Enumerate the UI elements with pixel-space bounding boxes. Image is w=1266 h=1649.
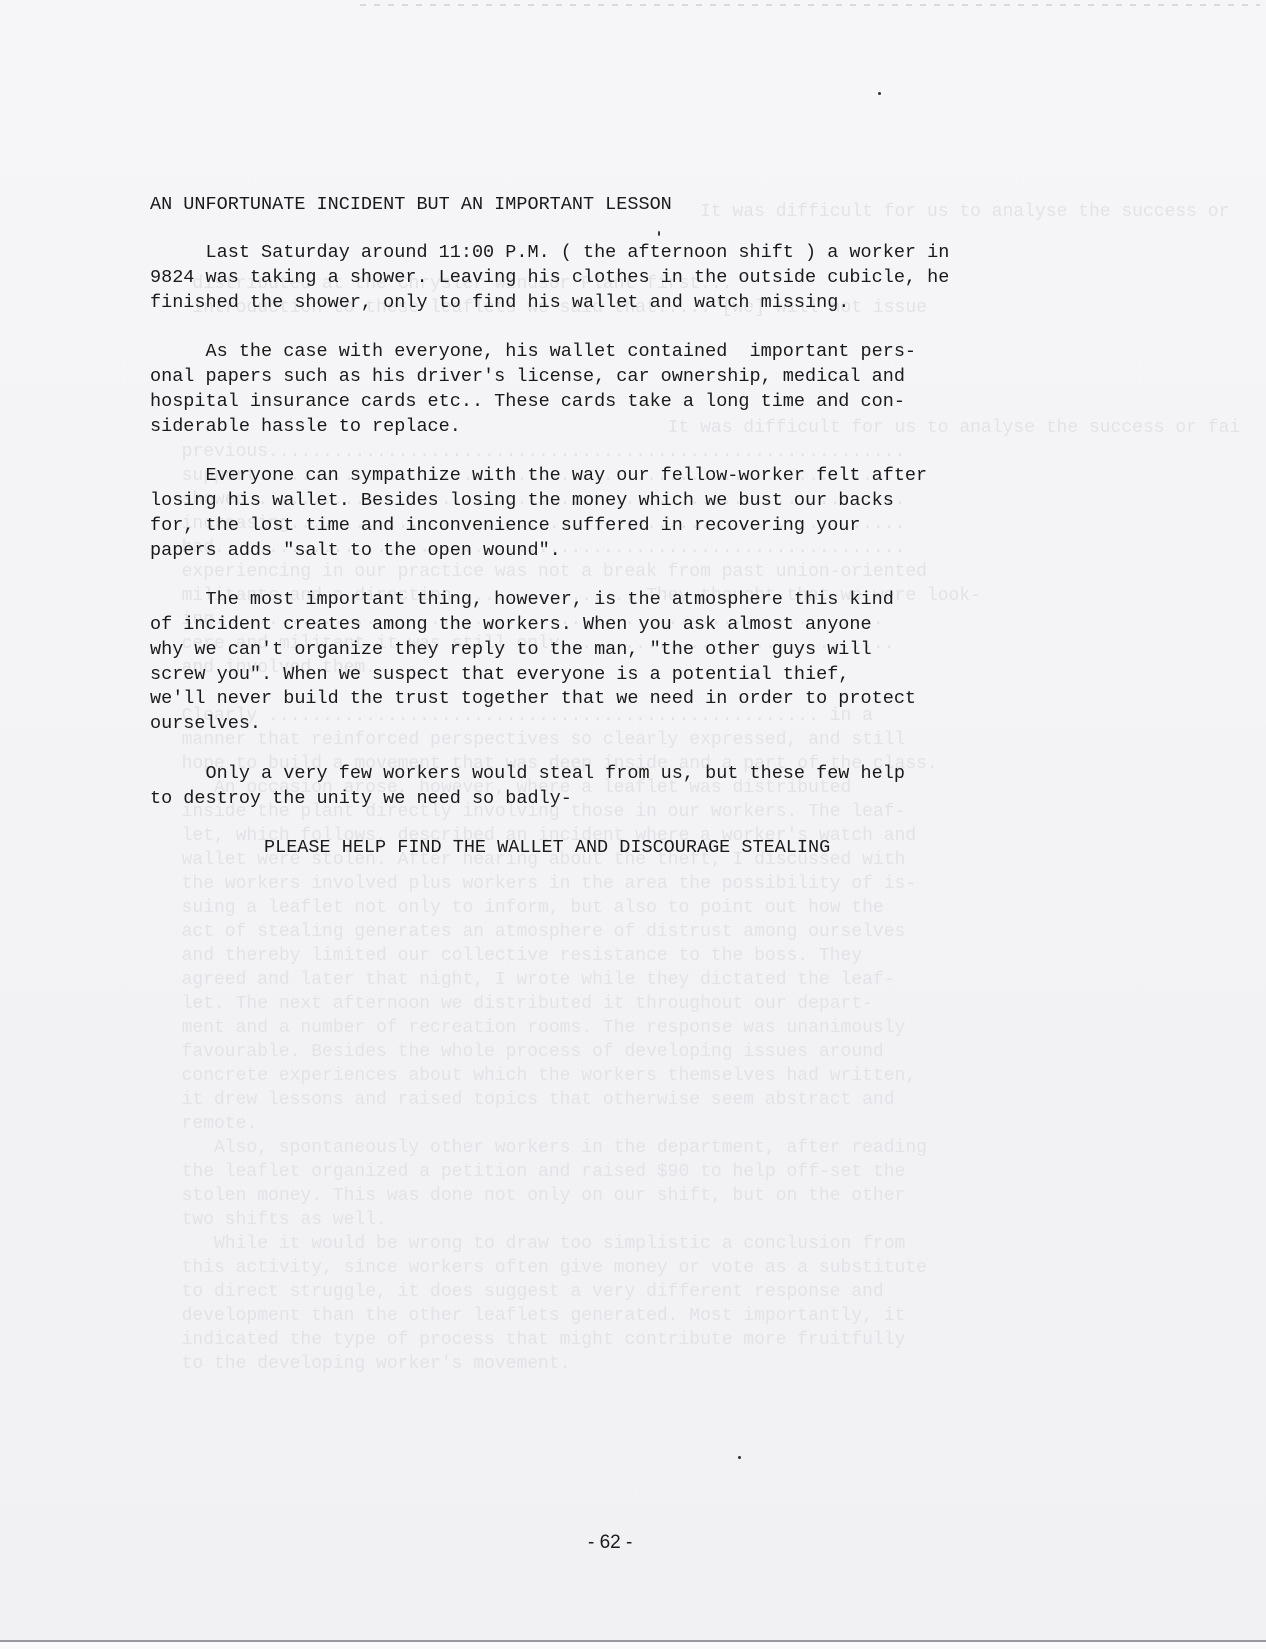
scan-top-edge xyxy=(360,4,1260,6)
scan-bottom-edge xyxy=(0,1640,1266,1649)
text-line: of incident creates among the workers. W… xyxy=(150,614,872,635)
paragraph-unity: Only a very few workers would steal from… xyxy=(150,762,1090,812)
text-line: Last Saturday around 11:00 P.M. ( the af… xyxy=(150,242,949,263)
text-line: finished the shower, only to find his wa… xyxy=(150,292,849,313)
closing-appeal: PLEASE HELP FIND THE WALLET AND DISCOURA… xyxy=(150,836,1090,860)
text-line: The most important thing, however, is th… xyxy=(150,589,894,610)
document-body: AN UNFORTUNATE INCIDENT BUT AN IMPORTANT… xyxy=(150,193,1090,860)
text-line: onal papers such as his driver's license… xyxy=(150,366,905,387)
text-line: siderable hassle to replace. xyxy=(150,416,461,437)
text-line: ourselves. xyxy=(150,713,261,734)
text-line: hospital insurance cards etc.. These car… xyxy=(150,391,905,412)
paragraph-incident: Last Saturday around 11:00 P.M. ( the af… xyxy=(150,241,1090,315)
scan-speck xyxy=(738,1456,741,1459)
text-line: to destroy the unity we need so badly- xyxy=(150,788,572,809)
scan-speck xyxy=(878,92,881,95)
text-line: papers adds "salt to the open wound". xyxy=(150,540,561,561)
document-title: AN UNFORTUNATE INCIDENT BUT AN IMPORTANT… xyxy=(150,193,1090,217)
text-line: Everyone can sympathize with the way our… xyxy=(150,465,927,486)
text-line: for, the lost time and inconvenience suf… xyxy=(150,515,861,536)
text-line: screw you". When we suspect that everyon… xyxy=(150,664,849,685)
text-line: Only a very few workers would steal from… xyxy=(150,763,905,784)
paragraph-sympathy: Everyone can sympathize with the way our… xyxy=(150,464,1090,563)
text-line: why we can't organize they reply to the … xyxy=(150,639,872,660)
text-line: we'll never build the trust together tha… xyxy=(150,688,916,709)
paragraph-wallet-contents: As the case with everyone, his wallet co… xyxy=(150,340,1090,439)
text-line: losing his wallet. Besides losing the mo… xyxy=(150,490,894,511)
text-line: As the case with everyone, his wallet co… xyxy=(150,341,916,362)
page-number: - 62 - xyxy=(588,1532,632,1554)
paragraph-atmosphere: The most important thing, however, is th… xyxy=(150,588,1090,737)
text-line: 9824 was taking a shower. Leaving his cl… xyxy=(150,267,949,288)
document-page: It was difficult for us to analyse the s… xyxy=(0,0,1266,1640)
scan-speck xyxy=(658,231,660,236)
